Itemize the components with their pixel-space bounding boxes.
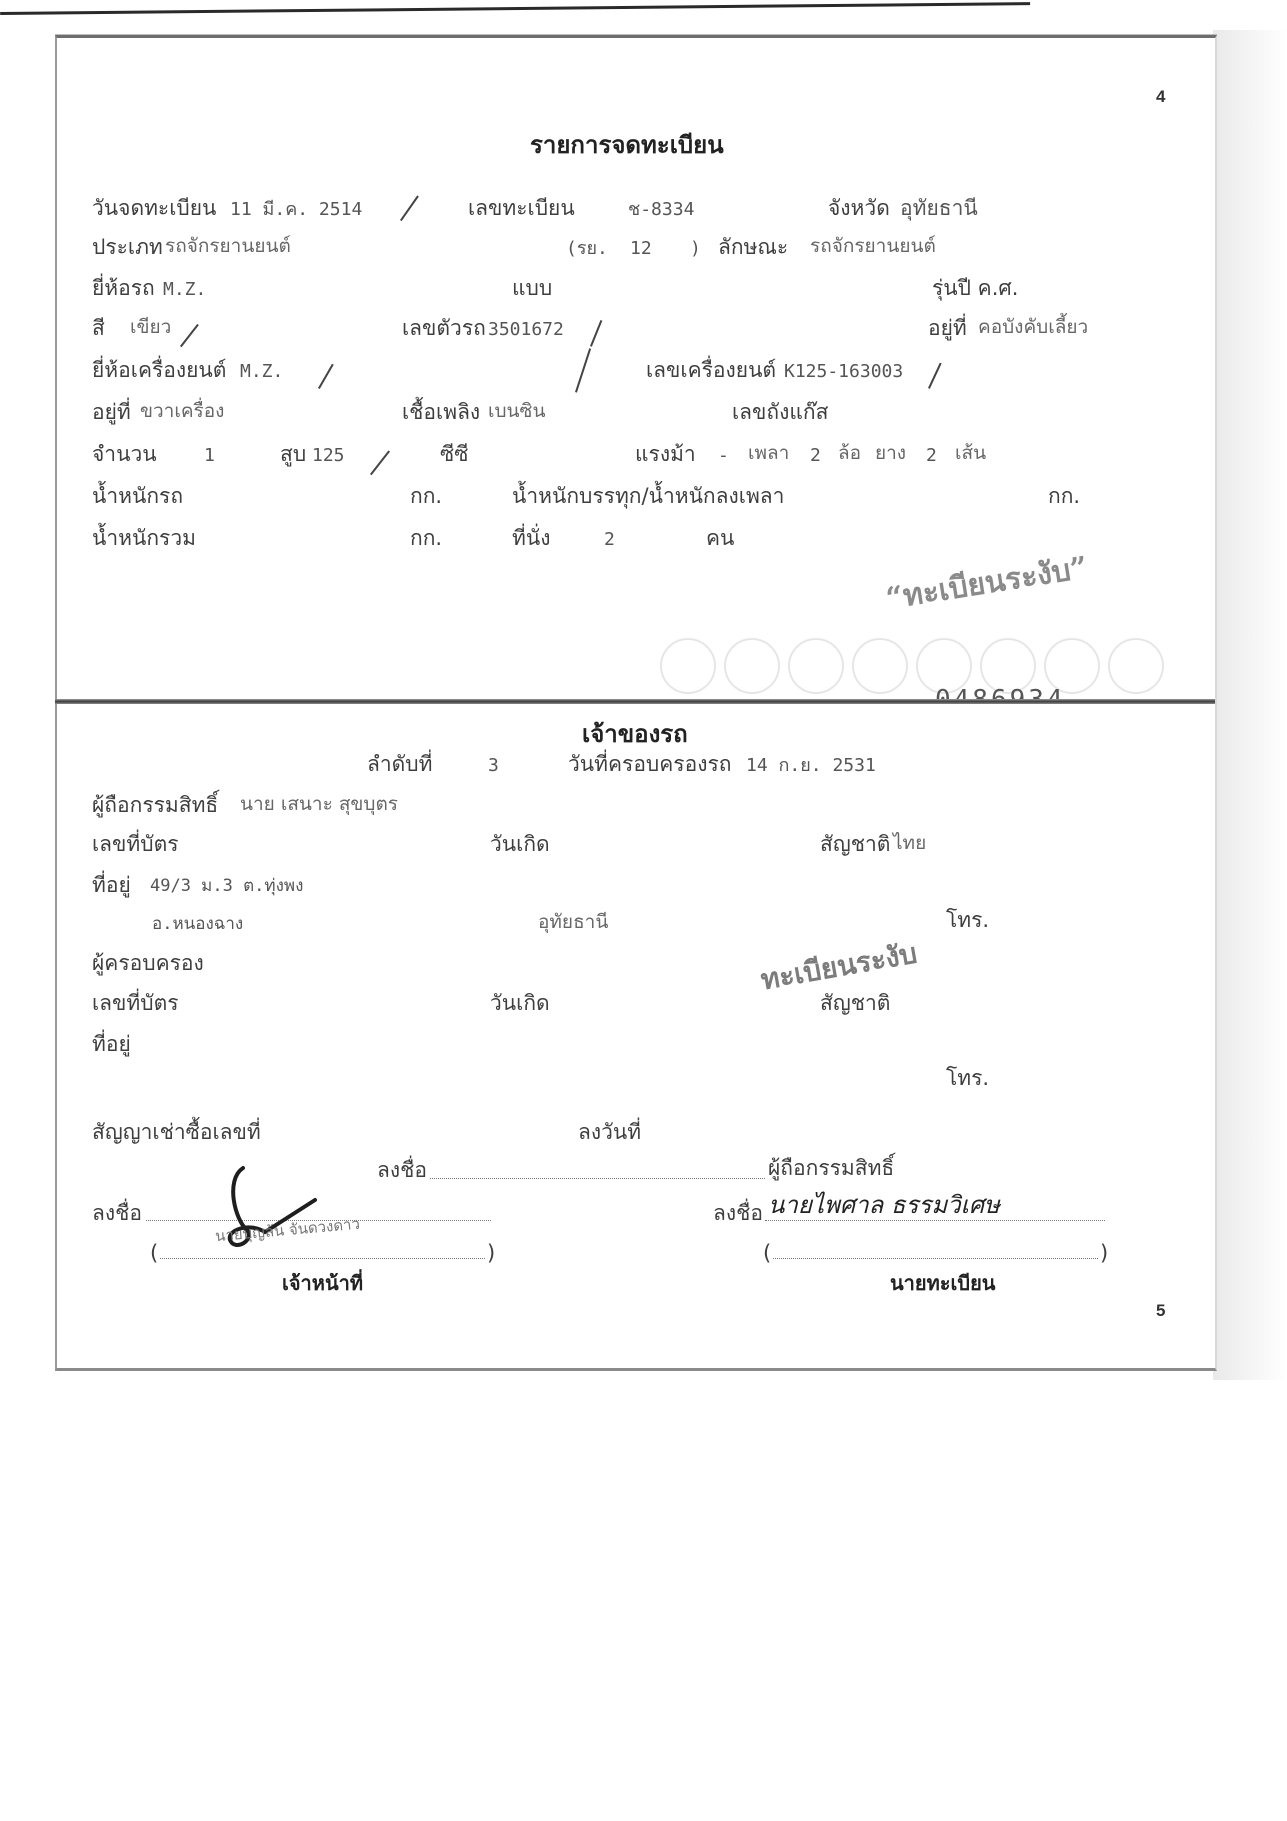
owner-birth-label: วันเกิด: [490, 834, 550, 855]
registration-title: รายการจดทะเบียน: [530, 133, 724, 157]
signed-date-label: ลงวันที่: [578, 1122, 641, 1143]
fuel-label: เชื้อเพลิง: [402, 402, 480, 423]
seats-unit: คน: [706, 528, 734, 549]
page-number: 4: [1156, 88, 1165, 105]
gas-tank-label: เลขถังแก๊ส: [732, 402, 828, 423]
seal-icon: [660, 638, 716, 694]
vehicle-color: เขียว: [130, 318, 171, 337]
brand: M.Z.: [163, 281, 206, 299]
registrar-sign-label: ลงชื่อ: [713, 1203, 763, 1224]
kg-unit: กก.: [410, 486, 442, 507]
axle-count: 2: [810, 447, 821, 465]
owner-id-label: เลขที่บัตร: [92, 834, 179, 855]
owner-address-province: อุทัยธานี: [538, 913, 608, 932]
chassis-number: 3501672: [488, 321, 564, 339]
registration-date-label: วันจดทะเบียน: [92, 198, 216, 219]
possessor-label: ผู้ครอบครอง: [92, 953, 204, 974]
owner-title: เจ้าของรถ: [582, 722, 688, 746]
engine-location: ขวาเครื่อง: [140, 402, 224, 421]
ry-close: ): [690, 240, 701, 258]
owner-sign-label: ลงชื่อ: [377, 1160, 427, 1181]
scan-edge: [0, 0, 1030, 15]
paren-close: ): [1100, 1243, 1108, 1264]
style-label: ลักษณะ: [718, 237, 788, 258]
kg-unit: กก.: [410, 528, 442, 549]
chassis-location-label: อยู่ที่: [928, 318, 967, 339]
chassis-label: เลขตัวรถ: [402, 318, 486, 339]
engine-number: K125-163003: [784, 363, 903, 381]
plate-label: เลขทะเบียน: [468, 198, 575, 219]
paren-open: (: [763, 1243, 771, 1264]
possessor-id-label: เลขที่บัตร: [92, 993, 179, 1014]
officer-sign-label: ลงชื่อ: [92, 1203, 142, 1224]
province-label: จังหวัด: [828, 198, 890, 219]
load-weight-label: น้ำหนักบรรทุก/น้ำหนักลงเพลา: [512, 486, 784, 507]
seal-icon: [1108, 638, 1164, 694]
kg-unit: กก.: [1048, 486, 1080, 507]
engine-location-label: อยู่ที่: [92, 402, 131, 423]
ry-open: (รย.: [566, 240, 608, 258]
model-label: แบบ: [512, 278, 552, 299]
owner-page: [55, 704, 1217, 1371]
seal-icon: [724, 638, 780, 694]
cc-unit: ซีซี: [440, 444, 469, 465]
order-number: 3: [488, 757, 499, 775]
province: อุทัยธานี: [900, 198, 978, 219]
vehicle-type: รถจักรยานยนต์: [165, 237, 291, 256]
possessor-birth-label: วันเกิด: [490, 993, 550, 1014]
axle-label: เพลา: [748, 444, 789, 463]
registrar-sign-line: [765, 1220, 1105, 1221]
engine-brand: M.Z.: [240, 363, 283, 381]
paren-open: (: [150, 1243, 158, 1264]
cylinders: 1: [204, 447, 215, 465]
owner-nationality-label: สัญชาติ: [820, 834, 890, 855]
year-label: รุ่นปี ค.ศ.: [932, 278, 1018, 299]
officer-signature-icon: [205, 1160, 325, 1260]
possession-date-label: วันที่ครอบครองรถ: [568, 754, 731, 775]
owner-name: นาย เสนาะ สุขบุตร: [240, 795, 398, 814]
tire-count: 2: [926, 447, 937, 465]
owner-address-label: ที่อยู่: [92, 875, 131, 896]
seal-icon: [852, 638, 908, 694]
engine-brand-label: ยี่ห้อเครื่องยนต์: [92, 360, 226, 381]
registrar-name-line: [773, 1258, 1098, 1259]
cc-value: 125: [312, 447, 345, 465]
owner-nationality: ไทย: [893, 834, 926, 853]
owner-sign-line: [430, 1178, 765, 1179]
owner-address-line1: 49/3 ม.3 ต.ทุ่งพง: [150, 878, 303, 895]
horsepower-label: แรงม้า: [635, 444, 696, 465]
seal-icon: [788, 638, 844, 694]
paren-close: ): [487, 1243, 495, 1264]
ry-value: 12: [630, 240, 652, 258]
vehicle-weight-label: น้ำหนักรถ: [92, 486, 183, 507]
cc-label: สูบ: [280, 444, 306, 465]
tire-unit: เส้น: [955, 444, 986, 463]
brand-label: ยี่ห้อรถ: [92, 278, 155, 299]
fuel-type: เบนซิน: [488, 402, 545, 421]
page-shadow: [1213, 30, 1287, 1380]
cylinders-label: จำนวน: [92, 444, 157, 465]
seats-label: ที่นั่ง: [512, 528, 550, 549]
lease-contract-label: สัญญาเช่าซื้อเลขที่: [92, 1122, 261, 1143]
vehicle-style: รถจักรยานยนต์: [810, 237, 936, 256]
possessor-phone-label: โทร.: [946, 1068, 989, 1089]
possession-date: 14 ก.ย. 2531: [746, 757, 876, 775]
engine-number-label: เลขเครื่องยนต์: [646, 360, 776, 381]
registration-date: 11 มี.ค. 2514: [230, 201, 362, 219]
possessor-address-label: ที่อยู่: [92, 1034, 131, 1055]
owner-label: ผู้ถือกรรมสิทธิ์: [92, 795, 218, 816]
type-label: ประเภท: [92, 237, 163, 258]
tire-label: ยาง: [875, 444, 906, 463]
chassis-location: คอบังคับเลี้ยว: [978, 318, 1088, 337]
possessor-nationality-label: สัญชาติ: [820, 993, 890, 1014]
page-number: 5: [1156, 1302, 1165, 1319]
owner-sign-role: ผู้ถือกรรมสิทธิ์: [768, 1158, 894, 1179]
owner-phone-label: โทร.: [946, 910, 989, 931]
officer-name-line: [160, 1258, 485, 1259]
color-label: สี: [92, 318, 105, 339]
total-weight-label: น้ำหนักรวม: [92, 528, 196, 549]
plate-number: ช-8334: [628, 201, 694, 219]
officer-role: เจ้าหน้าที่: [282, 1273, 363, 1293]
wheel-label: ล้อ: [838, 444, 861, 463]
registrar-role: นายทะเบียน: [890, 1273, 995, 1293]
horsepower: -: [718, 447, 729, 465]
owner-address-line2: อ.หนองฉาง: [152, 916, 243, 933]
seats: 2: [604, 531, 615, 549]
registrar-signature: นายไพศาล ธรรมวิเศษ: [768, 1193, 1000, 1217]
order-label: ลำดับที่: [367, 754, 432, 775]
